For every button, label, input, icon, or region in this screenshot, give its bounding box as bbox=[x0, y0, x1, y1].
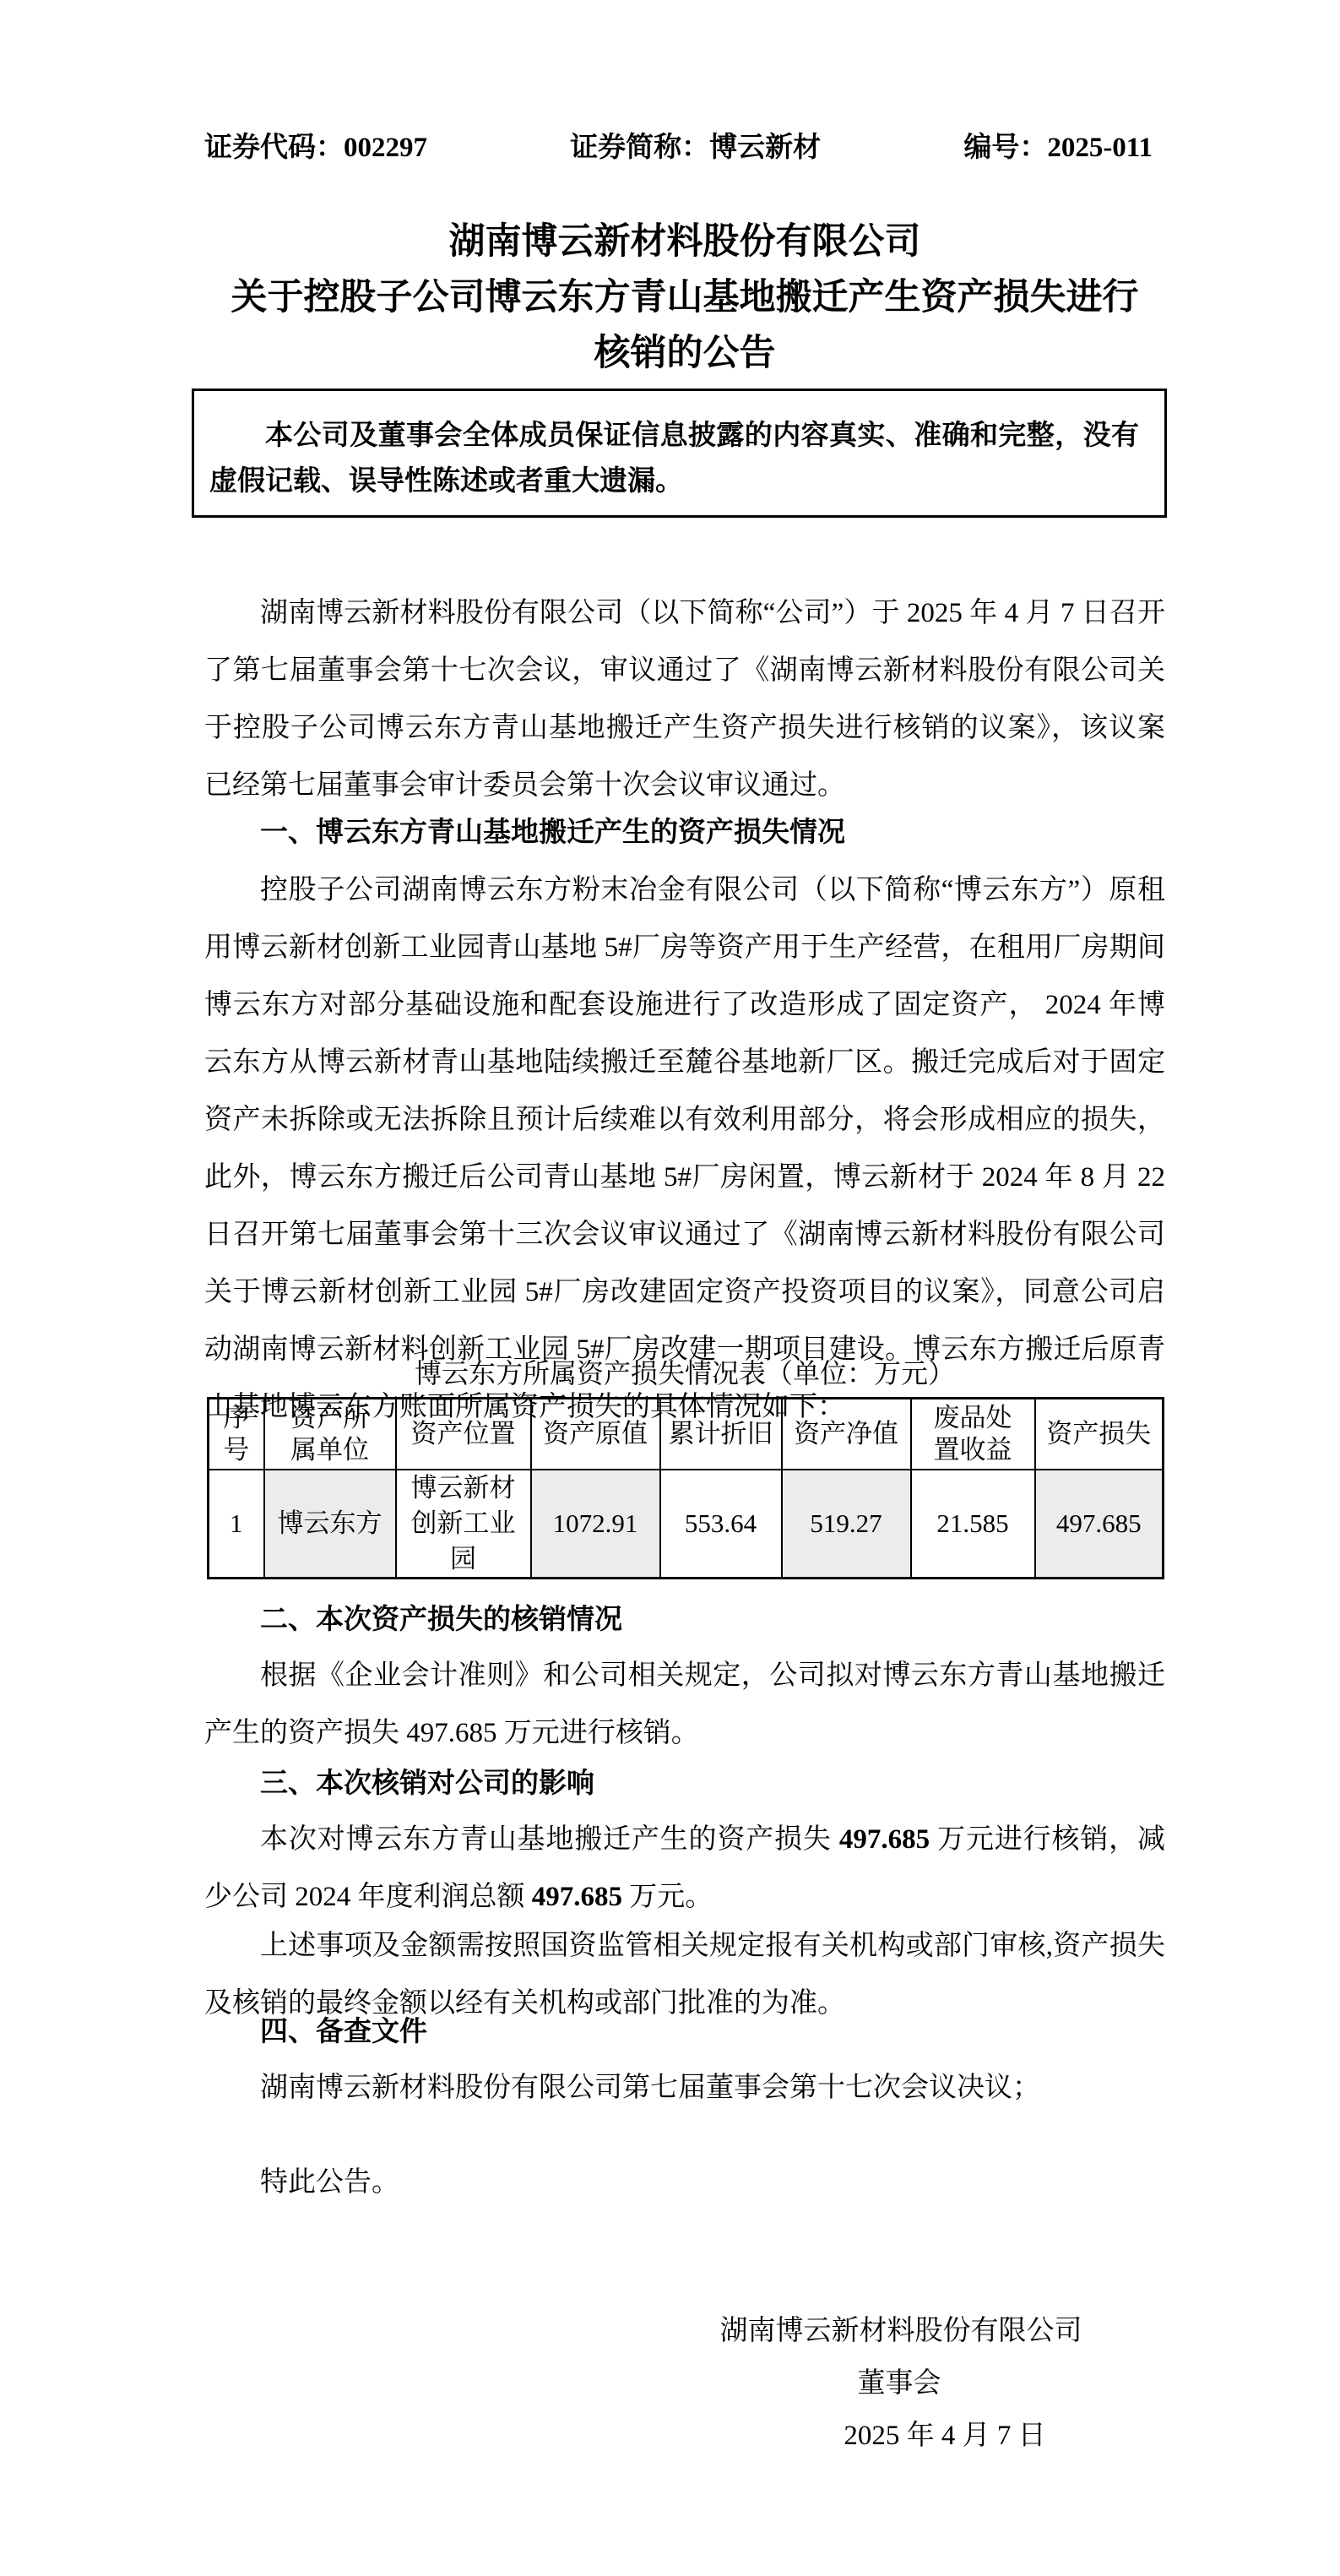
col-header-asset-loss: 资产损失 bbox=[1035, 1399, 1164, 1470]
col-header-net-value: 资产净值 bbox=[782, 1399, 911, 1470]
impact-seg-3: 万元。 bbox=[622, 1882, 713, 1912]
cell-asset-loss: 497.685 bbox=[1035, 1470, 1164, 1579]
notice-text: 本公司及董事会全体成员保证信息披露的内容真实、准确和完整，没有虚假记载、误导性陈… bbox=[209, 413, 1139, 504]
table-title: 博云东方所属资产损失情况表（单位：万元） bbox=[204, 1348, 1165, 1399]
signature-date: 2025 年 4 月 7 日 bbox=[734, 2416, 1156, 2456]
section-heading-1: 一、博云东方青山基地搬迁产生的资产损失情况 bbox=[204, 804, 1165, 861]
doc-title-line3: 核销的公告 bbox=[204, 326, 1165, 382]
cell-original-value: 1072.91 bbox=[531, 1470, 660, 1579]
section-heading-2: 二、本次资产损失的核销情况 bbox=[204, 1591, 1165, 1649]
cell-net-value: 519.27 bbox=[782, 1470, 911, 1579]
cell-depreciation: 553.64 bbox=[660, 1470, 782, 1579]
col-header-owner: 资产所属单位 bbox=[264, 1399, 396, 1470]
section-heading-3: 三、本次核销对公司的影响 bbox=[204, 1755, 1165, 1812]
paragraph-writeoff: 根据《企业会计准则》和公司相关规定，公司拟对博云东方青山基地搬迁产生的资产损失 … bbox=[204, 1647, 1165, 1762]
cell-location: 博云新材创新工业园 bbox=[396, 1470, 531, 1579]
col-header-depreciation: 累计折旧 bbox=[660, 1399, 782, 1470]
stock-code: 证券代码：002297 bbox=[204, 125, 427, 165]
col-header-original-value: 资产原值 bbox=[531, 1399, 660, 1470]
doc-header: 证券代码：002297 证券简称：博云新材 编号：2025-011 bbox=[204, 125, 1153, 165]
col-header-scrap-income: 废品处置收益 bbox=[911, 1399, 1035, 1470]
doc-title-line2: 关于控股子公司博云东方青山基地搬迁产生资产损失进行 bbox=[204, 270, 1165, 326]
table-header-row: 序号 资产所属单位 资产位置 资产原值 累计折旧 资产净值 废品处置收益 资产损… bbox=[209, 1399, 1164, 1470]
signature-board: 董事会 bbox=[688, 2363, 1110, 2404]
paragraph-impact: 本次对博云东方青山基地搬迁产生的资产损失 497.685 万元进行核销，减少公司… bbox=[204, 1811, 1165, 1926]
impact-amount-1: 497.685 bbox=[839, 1824, 930, 1855]
cell-scrap-income: 21.585 bbox=[911, 1470, 1035, 1579]
doc-title: 湖南博云新材料股份有限公司 关于控股子公司博云东方青山基地搬迁产生资产损失进行 … bbox=[204, 215, 1165, 382]
section-heading-4: 四、备查文件 bbox=[204, 2003, 1165, 2061]
paragraph-meeting: 湖南博云新材料股份有限公司（以下简称“公司”）于 2025 年 4 月 7 日召… bbox=[204, 584, 1165, 814]
announcement-no: 编号：2025-011 bbox=[963, 125, 1153, 165]
notice-box: 本公司及董事会全体成员保证信息披露的内容真实、准确和完整，没有虚假记载、误导性陈… bbox=[192, 389, 1167, 518]
impact-amount-2: 497.685 bbox=[532, 1882, 622, 1912]
cell-seq: 1 bbox=[209, 1470, 264, 1579]
announcement-page: 证券代码：002297 证券简称：博云新材 编号：2025-011 湖南博云新材… bbox=[0, 0, 1340, 2576]
col-header-location: 资产位置 bbox=[396, 1399, 531, 1470]
paragraph-reference-doc: 湖南博云新材料股份有限公司第七届董事会第十七次会议决议； bbox=[204, 2059, 1165, 2117]
cell-owner: 博云东方 bbox=[264, 1470, 396, 1579]
impact-seg-1: 本次对博云东方青山基地搬迁产生的资产损失 bbox=[260, 1824, 839, 1855]
paragraph-hereby: 特此公告。 bbox=[204, 2154, 1165, 2211]
asset-loss-table: 序号 资产所属单位 资产位置 资产原值 累计折旧 资产净值 废品处置收益 资产损… bbox=[207, 1397, 1164, 1579]
col-header-seq: 序号 bbox=[209, 1399, 264, 1470]
table-row: 1 博云东方 博云新材创新工业园 1072.91 553.64 519.27 2… bbox=[209, 1470, 1164, 1579]
signature-company: 湖南博云新材料股份有限公司 bbox=[690, 2311, 1112, 2351]
doc-title-line1: 湖南博云新材料股份有限公司 bbox=[204, 215, 1165, 270]
stock-abbr: 证券简称：博云新材 bbox=[570, 125, 821, 165]
